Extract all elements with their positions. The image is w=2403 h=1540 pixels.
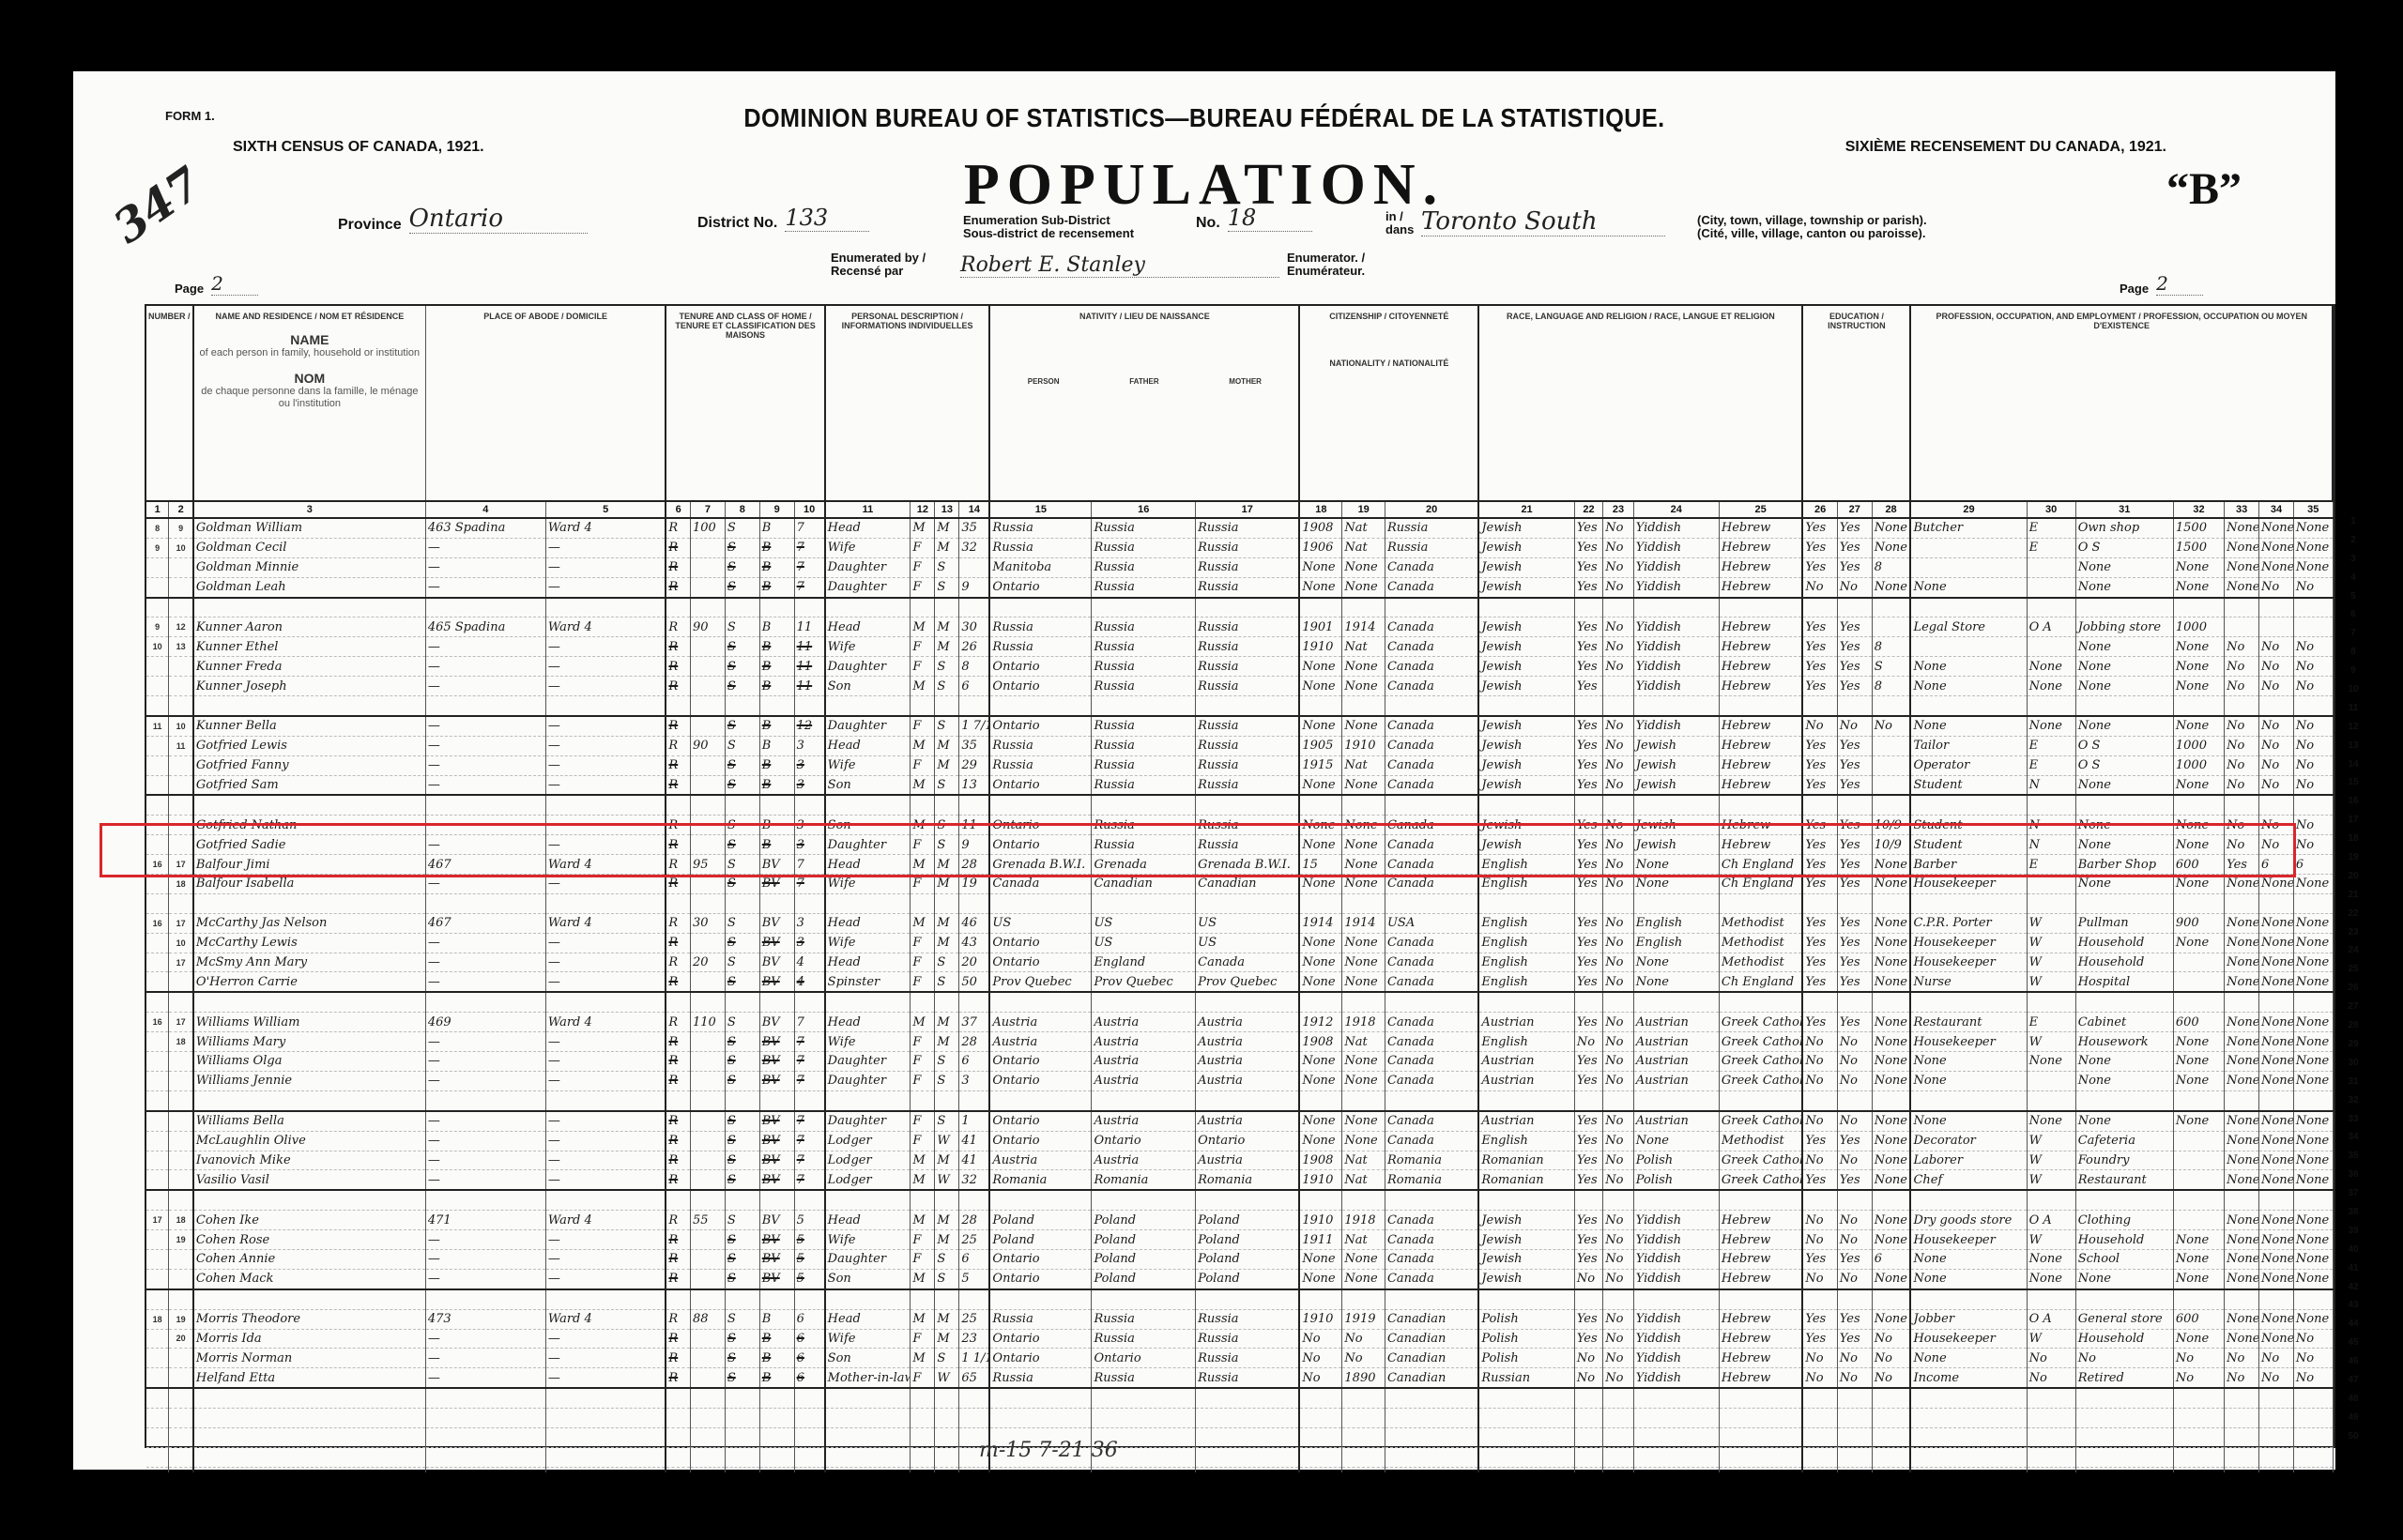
cell-muni: — xyxy=(545,816,666,835)
cell-mother: Ontario xyxy=(1196,1131,1300,1151)
cell-c6: R xyxy=(666,1249,690,1269)
cell-lang xyxy=(1633,893,1719,913)
cell-abode: — xyxy=(425,953,545,972)
cell-o33: No xyxy=(2225,755,2259,775)
cell-c10: 11 xyxy=(794,657,825,677)
cell-nat_yr: 1918 xyxy=(1342,1211,1385,1230)
cell-work: Housework xyxy=(2075,1032,2173,1052)
cell-rel xyxy=(825,1409,911,1428)
cell-rel: Lodger xyxy=(825,1170,911,1190)
column-number: 19 xyxy=(1342,501,1385,518)
cell-age xyxy=(959,992,990,1012)
cell-c7 xyxy=(690,1052,725,1072)
cell-work: None xyxy=(2075,657,2173,677)
cell-c9: B xyxy=(759,1349,794,1368)
cell-sex: F xyxy=(911,835,935,855)
cell-muni: — xyxy=(545,1151,666,1170)
cell-age xyxy=(959,557,990,577)
cell-rel: Wife xyxy=(825,755,911,775)
cell-nationality: Canada xyxy=(1385,1211,1478,1230)
cell-fam: 17 xyxy=(169,953,193,972)
cell-name: Vasilio Vasil xyxy=(193,1170,425,1190)
cell-e26: Yes xyxy=(1802,1329,1837,1349)
cell-work: Foundry xyxy=(2075,1151,2173,1170)
cell-nat_yr: Nat xyxy=(1342,1032,1385,1052)
line-number: 1 xyxy=(2339,516,2367,535)
cell-e28 xyxy=(1872,1427,1910,1447)
cell-e27: Yes xyxy=(1837,618,1872,637)
cell-c6: R xyxy=(666,1211,690,1230)
cell-occ xyxy=(1910,696,2027,716)
table-row: 1819Morris Theodore473Ward 4R88SB6HeadMM… xyxy=(146,1309,2333,1329)
cell-fr: No xyxy=(1603,1071,1634,1090)
cell-origin: Austrian xyxy=(1478,1052,1574,1072)
cell-c8: S xyxy=(725,875,759,894)
cell-e28: None xyxy=(1872,1032,1910,1052)
cell-occ: None xyxy=(1910,577,2027,597)
cell-dw xyxy=(146,1071,169,1090)
cell-emp xyxy=(2027,1427,2075,1447)
cell-o34: No xyxy=(2259,835,2294,855)
cell-origin: English xyxy=(1478,913,1574,933)
cell-age xyxy=(959,1409,990,1428)
cell-dw xyxy=(146,795,169,815)
cell-emp: N xyxy=(2027,816,2075,835)
cell-birth: Ontario xyxy=(989,933,1092,953)
cell-o35 xyxy=(2293,1090,2333,1110)
cell-name: Kunner Bella xyxy=(193,716,425,736)
cell-relig: Methodist xyxy=(1719,1131,1802,1151)
line-number: 46 xyxy=(2339,1356,2367,1375)
cell-o35 xyxy=(2293,1427,2333,1447)
table-row: Gotfried Nathan——RSB3SonMS11OntarioRussi… xyxy=(146,816,2333,835)
cell-o34: No xyxy=(2259,637,2294,657)
cell-imm xyxy=(1299,1289,1342,1309)
cell-c7 xyxy=(690,755,725,775)
cell-abode: — xyxy=(425,1269,545,1288)
cell-c10: 7 xyxy=(794,1071,825,1090)
cell-earn: None xyxy=(2173,1249,2224,1269)
cell-age: 35 xyxy=(959,736,990,755)
cell-eng xyxy=(1574,1190,1602,1210)
cell-mar: M xyxy=(935,755,959,775)
cell-nationality: Canadian xyxy=(1385,1349,1478,1368)
cell-sex: F xyxy=(911,657,935,677)
cell-age xyxy=(959,598,990,618)
cell-relig: Hebrew xyxy=(1719,835,1802,855)
cell-dw: 16 xyxy=(146,1013,169,1032)
cell-relig xyxy=(1719,598,1802,618)
cell-muni: — xyxy=(545,1368,666,1388)
cell-fr: No xyxy=(1603,1151,1634,1170)
cell-father: Russia xyxy=(1092,637,1196,657)
cell-e28 xyxy=(1872,795,1910,815)
cell-c7 xyxy=(690,637,725,657)
cell-e27 xyxy=(1837,1190,1872,1210)
cell-o34: None xyxy=(2259,913,2294,933)
cell-o34 xyxy=(2259,1447,2294,1467)
cell-mother xyxy=(1196,1090,1300,1110)
cell-rel: Wife xyxy=(825,538,911,557)
cell-father: Russia xyxy=(1092,775,1196,795)
cell-nat_yr: No xyxy=(1342,1329,1385,1349)
line-number: 8 xyxy=(2339,647,2367,665)
cell-e26: Yes xyxy=(1802,538,1837,557)
cell-name: Gotfried Sam xyxy=(193,775,425,795)
cell-nat_yr xyxy=(1342,1090,1385,1110)
line-number: 29 xyxy=(2339,1039,2367,1058)
cell-abode: 467 xyxy=(425,913,545,933)
table-row: Williams Bella——RSBV7DaughterFS1OntarioA… xyxy=(146,1111,2333,1131)
cell-mar: M xyxy=(935,913,959,933)
cell-eng: Yes xyxy=(1574,1111,1602,1131)
cell-e27 xyxy=(1837,795,1872,815)
cell-muni xyxy=(545,992,666,1012)
cell-e27 xyxy=(1837,1090,1872,1110)
cell-abode xyxy=(425,696,545,716)
cell-fr: No xyxy=(1603,1309,1634,1329)
cell-c8: S xyxy=(725,1111,759,1131)
cell-o34: No xyxy=(2259,755,2294,775)
cell-rel: Lodger xyxy=(825,1151,911,1170)
cell-e26: No xyxy=(1802,577,1837,597)
cell-relig: Hebrew xyxy=(1719,1211,1802,1230)
cell-c10: 3 xyxy=(794,913,825,933)
cell-c10: 5 xyxy=(794,1269,825,1288)
cell-emp: N xyxy=(2027,775,2075,795)
cell-e26: Yes xyxy=(1802,755,1837,775)
cell-work: School xyxy=(2075,1249,2173,1269)
cell-dw xyxy=(146,557,169,577)
cell-c9: B xyxy=(759,577,794,597)
cell-fam xyxy=(169,775,193,795)
cell-father: Austria xyxy=(1092,1071,1196,1090)
cell-fam: 11 xyxy=(169,736,193,755)
cell-nationality xyxy=(1385,893,1478,913)
cell-origin: Jewish xyxy=(1478,677,1574,696)
cell-c8: S xyxy=(725,913,759,933)
cell-c7: 55 xyxy=(690,1211,725,1230)
cell-rel: Mother-in-law xyxy=(825,1368,911,1388)
cell-e26: No xyxy=(1802,1151,1837,1170)
cell-lang: Yiddish xyxy=(1633,1329,1719,1349)
cell-mar: S xyxy=(935,953,959,972)
cell-fr xyxy=(1603,1289,1634,1309)
cell-dw xyxy=(146,992,169,1012)
cell-muni: — xyxy=(545,1269,666,1288)
cell-rel: Head xyxy=(825,736,911,755)
cell-mother xyxy=(1196,598,1300,618)
cell-origin xyxy=(1478,1447,1574,1467)
cell-origin: Jewish xyxy=(1478,736,1574,755)
cell-nationality: Canada xyxy=(1385,1249,1478,1269)
cell-birth: Ontario xyxy=(989,716,1092,736)
cell-imm xyxy=(1299,1388,1342,1408)
column-number: 34 xyxy=(2259,501,2294,518)
cell-e27: Yes xyxy=(1837,875,1872,894)
cell-e26: Yes xyxy=(1802,1309,1837,1329)
cell-o33: None xyxy=(2225,1013,2259,1032)
cell-rel: Wife xyxy=(825,875,911,894)
line-number: 24 xyxy=(2339,945,2367,964)
cell-e28 xyxy=(1872,1190,1910,1210)
cell-o34: No xyxy=(2259,1349,2294,1368)
cell-imm: 1905 xyxy=(1299,736,1342,755)
cell-father: Russia xyxy=(1092,816,1196,835)
cell-c9: BV xyxy=(759,1269,794,1288)
cell-c7 xyxy=(690,893,725,913)
cell-name xyxy=(193,1388,425,1408)
cell-work xyxy=(2075,1289,2173,1309)
cell-e28: No xyxy=(1872,716,1910,736)
table-row: Gotfried Sadie——RSB3DaughterFS9OntarioRu… xyxy=(146,835,2333,855)
province-label: Province xyxy=(338,217,402,234)
cell-c9: B xyxy=(759,657,794,677)
cell-sex: M xyxy=(911,1309,935,1329)
table-row xyxy=(146,1427,2333,1447)
cell-mother: Prov Quebec xyxy=(1196,972,1300,992)
cell-e27: Yes xyxy=(1837,835,1872,855)
cell-c7 xyxy=(690,795,725,815)
cell-mother xyxy=(1196,1289,1300,1309)
cell-imm: None xyxy=(1299,933,1342,953)
cell-work xyxy=(2075,598,2173,618)
cell-muni: — xyxy=(545,755,666,775)
cell-e27: Yes xyxy=(1837,736,1872,755)
cell-rel xyxy=(825,992,911,1012)
cell-o35: No xyxy=(2293,637,2333,657)
cell-c7 xyxy=(690,1427,725,1447)
cell-father: Russia xyxy=(1092,736,1196,755)
place-note-en: (City, town, village, township or parish… xyxy=(1697,214,1927,227)
page-field-right: Page 2 xyxy=(2120,272,2203,296)
cell-origin: English xyxy=(1478,972,1574,992)
cell-earn xyxy=(2173,1447,2224,1467)
cell-dw xyxy=(146,893,169,913)
cell-fr: No xyxy=(1603,736,1634,755)
cell-emp: W xyxy=(2027,972,2075,992)
cell-nat_yr: None xyxy=(1342,816,1385,835)
cell-muni: — xyxy=(545,677,666,696)
cell-imm: 1915 xyxy=(1299,755,1342,775)
cell-imm: None xyxy=(1299,1269,1342,1288)
cell-c9: B xyxy=(759,816,794,835)
cell-rel xyxy=(825,893,911,913)
line-number: 22 xyxy=(2339,908,2367,927)
cell-c10: 5 xyxy=(794,1230,825,1250)
cell-origin: English xyxy=(1478,953,1574,972)
cell-e27: No xyxy=(1837,1111,1872,1131)
cell-earn xyxy=(2173,1190,2224,1210)
cell-emp: None xyxy=(2027,1052,2075,1072)
cell-rel: Daughter xyxy=(825,1052,911,1072)
cell-mother: Austria xyxy=(1196,1071,1300,1090)
cell-fr: No xyxy=(1603,855,1634,875)
cell-eng: Yes xyxy=(1574,736,1602,755)
cell-c9: BV xyxy=(759,1111,794,1131)
cell-e28: None xyxy=(1872,913,1910,933)
cell-o34: None xyxy=(2259,1309,2294,1329)
cell-emp: None xyxy=(2027,657,2075,677)
cell-c9: BV xyxy=(759,913,794,933)
place-note: (City, town, village, township or parish… xyxy=(1697,214,1927,240)
cell-nat_yr xyxy=(1342,1190,1385,1210)
cell-eng: Yes xyxy=(1574,618,1602,637)
cell-mother xyxy=(1196,992,1300,1012)
cell-origin xyxy=(1478,992,1574,1012)
cell-mother: US xyxy=(1196,933,1300,953)
cell-e28: None xyxy=(1872,1131,1910,1151)
cell-work: Cabinet xyxy=(2075,1013,2173,1032)
cell-e26: No xyxy=(1802,1230,1837,1250)
cell-eng: Yes xyxy=(1574,518,1602,538)
cell-c10: 7 xyxy=(794,577,825,597)
cell-relig: Hebrew xyxy=(1719,1349,1802,1368)
cell-nat_yr: None xyxy=(1342,677,1385,696)
table-row: 1617Balfour Jimi467Ward 4R95SBV7HeadMM28… xyxy=(146,855,2333,875)
cell-e27 xyxy=(1837,1447,1872,1467)
cell-eng: No xyxy=(1574,1269,1602,1288)
cell-o33: No xyxy=(2225,677,2259,696)
cell-c9 xyxy=(759,1447,794,1467)
cell-o34 xyxy=(2259,598,2294,618)
cell-o33: Yes xyxy=(2225,855,2259,875)
line-number: 16 xyxy=(2339,796,2367,815)
cell-o35 xyxy=(2293,696,2333,716)
cell-earn: None xyxy=(2173,716,2224,736)
cell-e28: None xyxy=(1872,1071,1910,1090)
cell-father xyxy=(1092,992,1196,1012)
cell-o33 xyxy=(2225,893,2259,913)
cell-relig: Hebrew xyxy=(1719,618,1802,637)
cell-o34 xyxy=(2259,1427,2294,1447)
cell-age: 3 xyxy=(959,1071,990,1090)
cell-sex xyxy=(911,1090,935,1110)
cell-fr: No xyxy=(1603,1111,1634,1131)
cell-e28: None xyxy=(1872,1230,1910,1250)
cell-e28: None xyxy=(1872,1170,1910,1190)
cell-e28 xyxy=(1872,736,1910,755)
cell-c7 xyxy=(690,1032,725,1052)
cell-sex: F xyxy=(911,953,935,972)
column-number: 24 xyxy=(1633,501,1719,518)
cell-dw: 17 xyxy=(146,1211,169,1230)
cell-e27: No xyxy=(1837,716,1872,736)
cell-earn: None xyxy=(2173,577,2224,597)
subdistrict-label-en: Enumeration Sub-District xyxy=(963,214,1134,227)
cell-e27: No xyxy=(1837,1151,1872,1170)
line-number: 40 xyxy=(2339,1244,2367,1263)
cell-nationality xyxy=(1385,598,1478,618)
cell-father: Grenada xyxy=(1092,855,1196,875)
line-number: 26 xyxy=(2339,983,2367,1001)
cell-nationality: Russia xyxy=(1385,538,1478,557)
cell-work: Household xyxy=(2075,1329,2173,1349)
cell-abode: 473 xyxy=(425,1309,545,1329)
cell-o33: No xyxy=(2225,1349,2259,1368)
cell-mother: Canada xyxy=(1196,953,1300,972)
cell-eng xyxy=(1574,1447,1602,1467)
cell-c6: R xyxy=(666,1151,690,1170)
cell-nat_yr xyxy=(1342,696,1385,716)
cell-c9: B xyxy=(759,1368,794,1388)
table-row: Cohen Annie——RSBV5DaughterFS6OntarioPola… xyxy=(146,1249,2333,1269)
table-row: Ivanovich Mike——RSBV7LodgerMM41AustriaAu… xyxy=(146,1151,2333,1170)
cell-lang: Yiddish xyxy=(1633,618,1719,637)
cell-e28: None xyxy=(1872,933,1910,953)
cell-nat_yr: 1919 xyxy=(1342,1309,1385,1329)
cell-name xyxy=(193,1190,425,1210)
cell-o34: None xyxy=(2259,1329,2294,1349)
cell-o35: None xyxy=(2293,1111,2333,1131)
cell-mother: Poland xyxy=(1196,1269,1300,1288)
cell-c10 xyxy=(794,1427,825,1447)
cell-e26: No xyxy=(1802,1071,1837,1090)
cell-age: 28 xyxy=(959,855,990,875)
cell-eng xyxy=(1574,1289,1602,1309)
cell-abode: — xyxy=(425,716,545,736)
cell-c6: R xyxy=(666,1131,690,1151)
cell-e28 xyxy=(1872,755,1910,775)
cell-e27: Yes xyxy=(1837,557,1872,577)
cell-name: Kunner Ethel xyxy=(193,637,425,657)
line-number: 49 xyxy=(2339,1412,2367,1431)
cell-c6 xyxy=(666,795,690,815)
cell-emp: W xyxy=(2027,953,2075,972)
cell-mar xyxy=(935,893,959,913)
cell-name xyxy=(193,1447,425,1467)
cell-imm: None xyxy=(1299,677,1342,696)
cell-e26: Yes xyxy=(1802,518,1837,538)
cell-mar: M xyxy=(935,518,959,538)
cell-c6: R xyxy=(666,518,690,538)
cell-abode: — xyxy=(425,736,545,755)
cell-o34: No xyxy=(2259,816,2294,835)
cell-fam xyxy=(169,1249,193,1269)
cell-o34: None xyxy=(2259,933,2294,953)
cell-relig: Hebrew xyxy=(1719,518,1802,538)
cell-e27: Yes xyxy=(1837,775,1872,795)
cell-lang: Yiddish xyxy=(1633,1249,1719,1269)
cell-c6 xyxy=(666,1447,690,1467)
cell-o33 xyxy=(2225,696,2259,716)
cell-c9 xyxy=(759,598,794,618)
cell-c8 xyxy=(725,1289,759,1309)
cell-emp xyxy=(2027,598,2075,618)
cell-age: 20 xyxy=(959,953,990,972)
cell-lang xyxy=(1633,795,1719,815)
cell-rel: Daughter xyxy=(825,1111,911,1131)
cell-e26: No xyxy=(1802,1052,1837,1072)
line-number: 18 xyxy=(2339,833,2367,852)
cell-relig: Hebrew xyxy=(1719,1368,1802,1388)
cell-fam xyxy=(169,755,193,775)
cell-abode: — xyxy=(425,637,545,657)
cell-rel: Daughter xyxy=(825,1071,911,1090)
cell-earn xyxy=(2173,1427,2224,1447)
cell-nationality: Canada xyxy=(1385,775,1478,795)
cell-relig: Hebrew xyxy=(1719,677,1802,696)
cell-rel xyxy=(825,598,911,618)
cell-relig xyxy=(1719,1190,1802,1210)
cell-father: Canadian xyxy=(1092,875,1196,894)
cell-eng: Yes xyxy=(1574,637,1602,657)
cell-e27: No xyxy=(1837,1349,1872,1368)
cell-e26: Yes xyxy=(1802,835,1837,855)
cell-rel: Wife xyxy=(825,933,911,953)
cell-e26: Yes xyxy=(1802,913,1837,933)
cell-mother: Austria xyxy=(1196,1013,1300,1032)
